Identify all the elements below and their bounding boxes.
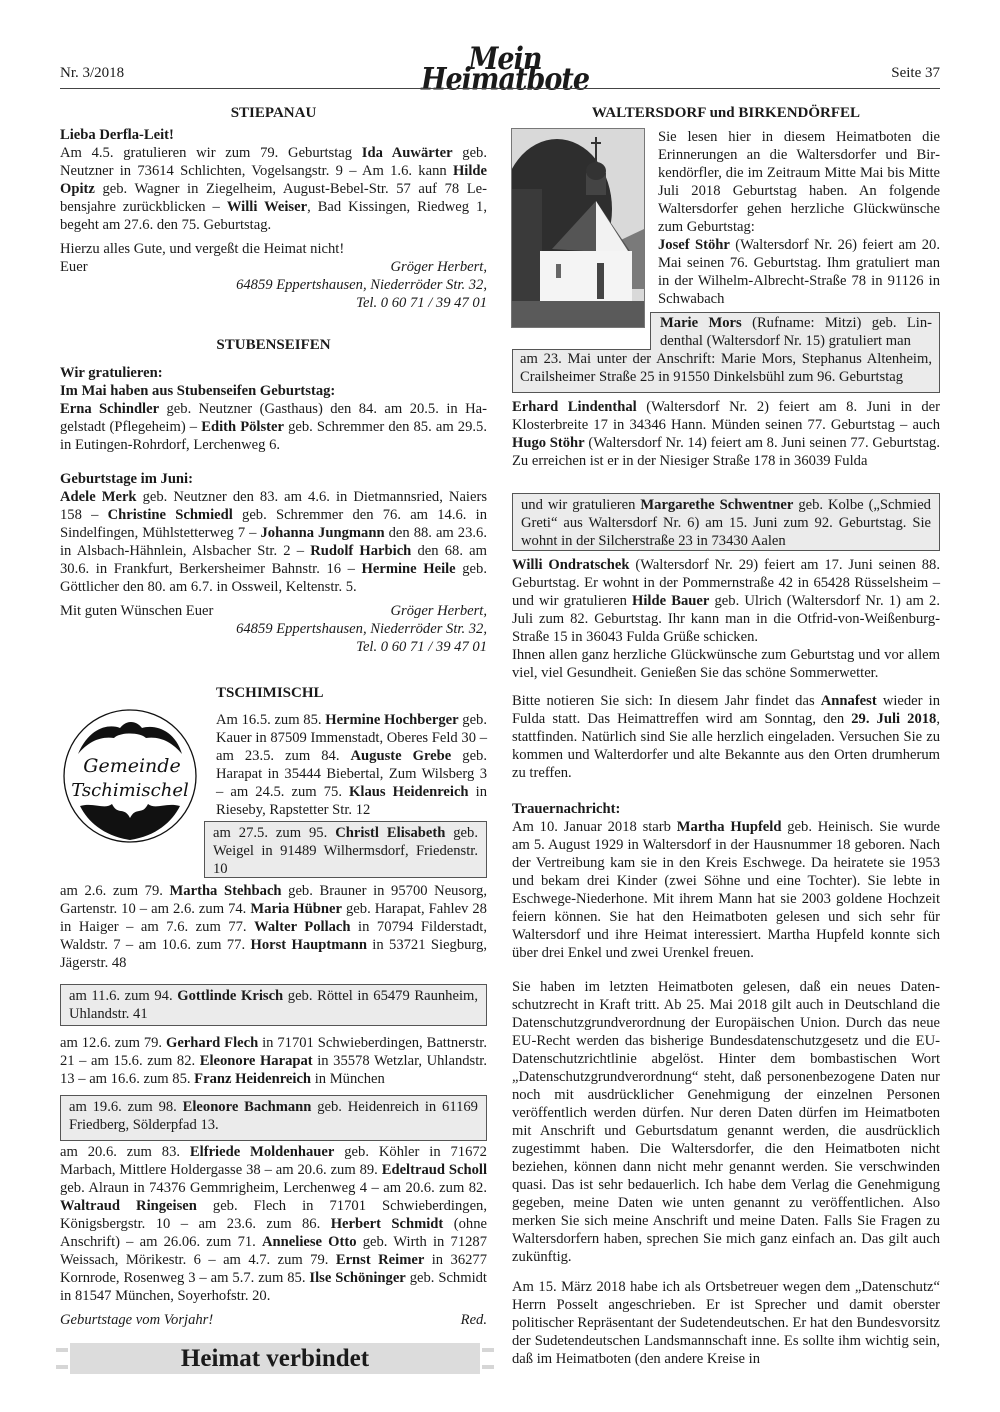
subheading: Geburtstage im Juni: xyxy=(60,471,193,487)
section-stubenseifen: STUBENSEIFEN Wir gratulieren: Im Mai hab… xyxy=(60,336,487,656)
note-line: Geburtstage vom Vorjahr! Red. xyxy=(60,1311,487,1329)
svg-text:Tschimischel: Tschimischel xyxy=(71,780,189,801)
issue-number: Nr. 3/2018 xyxy=(60,64,124,82)
subheading: Im Mai haben aus Stubenseifen Geburtstag… xyxy=(60,383,335,399)
highlight-box: am 27.5. zum 95. Christl Elisabeth geb. … xyxy=(204,821,487,878)
obituary: Trauernachricht: Am 10. Januar 2018 star… xyxy=(512,800,940,962)
page-number: Seite 37 xyxy=(891,64,940,82)
closing-line: Hierzu alles Gute, und vergeßt die Heima… xyxy=(60,240,487,258)
paragraph: am 20.6. zum 83. Elfriede Moldenhauer ge… xyxy=(60,1143,487,1329)
masthead-logo: Mein Heimatbote xyxy=(410,49,600,90)
chapel-photo xyxy=(511,128,645,328)
paragraph-datenschutz: Sie haben im letzten Heimatboten gelesen… xyxy=(512,978,940,1266)
section-tschimischl-bottom: am 2.6. zum 79. Martha Stehbach geb. Bra… xyxy=(60,882,487,972)
header-divider xyxy=(60,88,940,89)
section-title: STUBENSEIFEN xyxy=(60,336,487,354)
highlight-box: am 11.6. zum 94. Gottlinde Krisch geb. R… xyxy=(60,984,487,1026)
gemeinde-stamp-icon: Gemeinde Tschimischel xyxy=(60,706,200,846)
section-title: STIEPANAU xyxy=(60,104,487,122)
highlight-box-marie: Marie Mors (Rufname: Mitzi) geb. Lin­den… xyxy=(660,314,932,350)
signature: Euer Gröger Herbert, xyxy=(60,258,487,276)
paragraph: Willi Ondratschek (Waltersdorf Nr. 29) f… xyxy=(512,556,940,782)
paragraph: Erhard Lindenthal (Waltersdorf Nr. 2) fe… xyxy=(512,398,940,470)
paragraph: Erna Schindler geb. Neutzner (Gasthaus) … xyxy=(60,400,487,454)
paragraph-posselt: Am 15. März 2018 habe ich als Ortsbetreu… xyxy=(512,1278,940,1368)
highlight-box: am 19.6. zum 98. Eleonore Bachmann geb. … xyxy=(60,1095,487,1141)
section-stiepanau: STIEPANAU Lieba Derfla-Leit! Am 4.5. gra… xyxy=(60,104,487,312)
intro-paragraph: Sie lesen hier in diesem Heimatboten die… xyxy=(658,128,940,308)
paragraph: am 12.6. zum 79. Gerhard Flech in 71701 … xyxy=(60,1034,487,1088)
signature-tel: Tel. 0 60 71 / 39 47 01 xyxy=(60,294,487,312)
svg-text:Gemeinde: Gemeinde xyxy=(83,755,180,777)
paragraph: Am 4.5. gratulieren wir zum 79. Geburtst… xyxy=(60,144,487,234)
signature-address: 64859 Eppertshausen, Niederröder Str. 32… xyxy=(60,620,487,638)
signature: Mit guten Wünschen Euer Gröger Herbert, xyxy=(60,602,487,620)
subheading: Wir gratulieren: xyxy=(60,365,163,381)
section-tschimischl-top: TSCHIMISCHL Am 16.5. zum 85. Hermine Hoc… xyxy=(216,684,487,819)
paragraph: Adele Merk geb. Neutzner den 83. am 4.6.… xyxy=(60,488,487,596)
paragraph: Am 16.5. zum 85. Hermine Hochberger geb.… xyxy=(216,711,487,819)
paragraph: am 2.6. zum 79. Martha Stehbach geb. Bra… xyxy=(60,882,487,972)
heimat-verbindet-banner: Heimat verbindet xyxy=(70,1343,480,1374)
section-title: WALTERSDORF und BIRKENDÖRFEL xyxy=(512,104,940,122)
subheading: Trauernachricht: xyxy=(512,801,620,817)
signature-address: 64859 Eppertshausen, Niederröder Str. 32… xyxy=(60,276,487,294)
section-title: TSCHIMISCHL xyxy=(216,684,487,702)
highlight-box: und wir gratulieren Margarethe Schwentne… xyxy=(512,493,940,551)
greeting: Lieba Derfla-Leit! xyxy=(60,127,174,143)
signature-tel: Tel. 0 60 71 / 39 47 01 xyxy=(60,638,487,656)
